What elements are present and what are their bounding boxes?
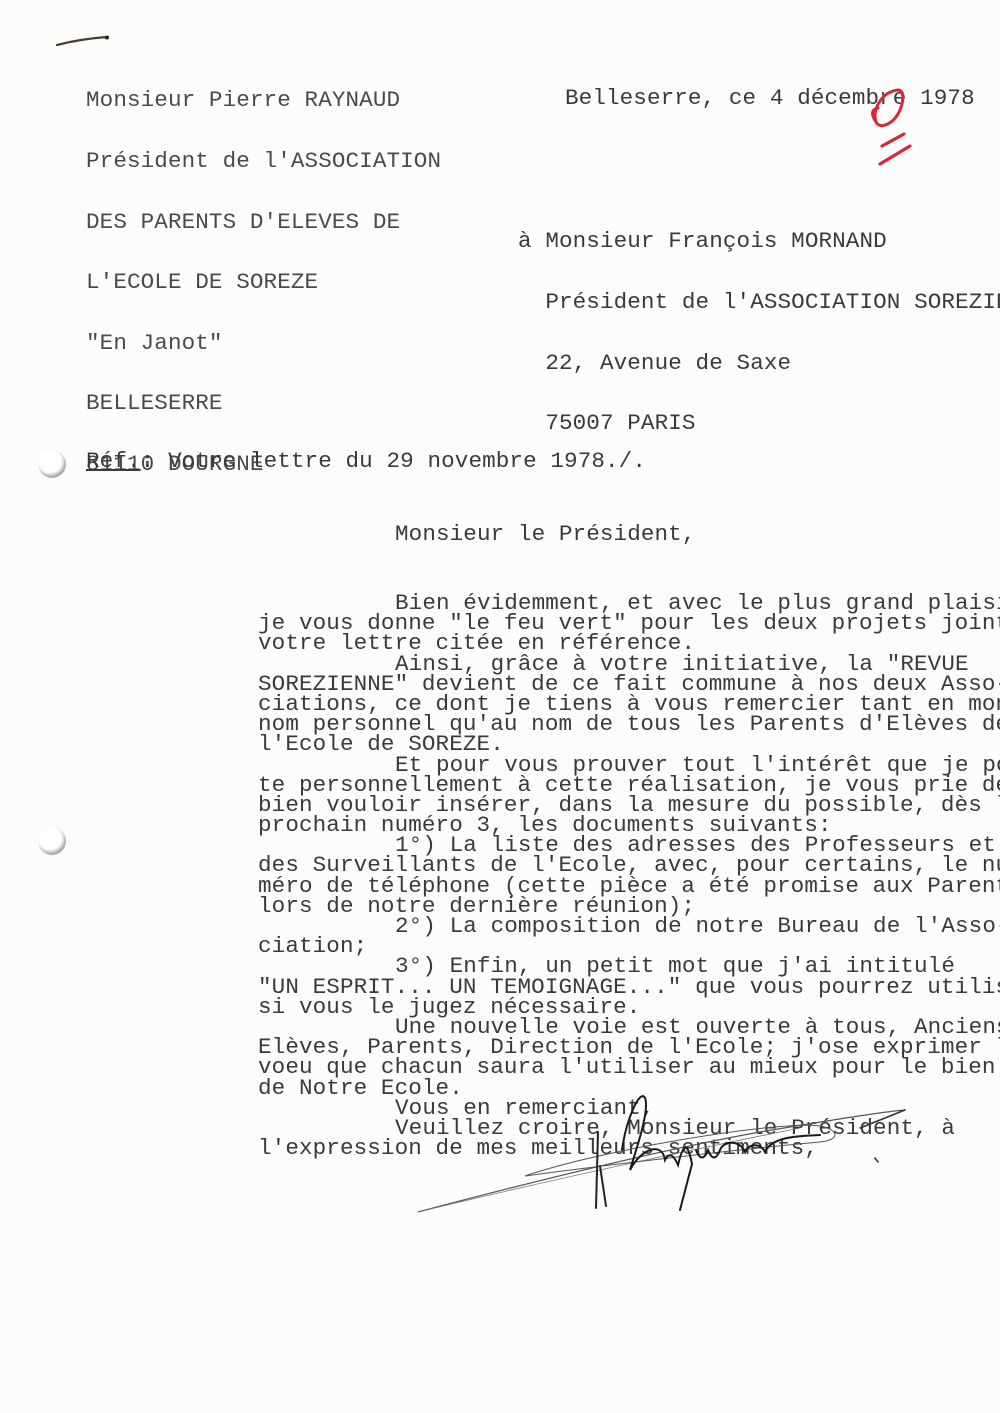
sender-line: Monsieur Pierre RAYNAUD xyxy=(86,90,441,110)
salutation: Monsieur le Président, xyxy=(258,524,1000,544)
sender-line: Président de l'ASSOCIATION xyxy=(86,151,441,171)
punch-hole xyxy=(38,827,66,855)
handwritten-red-annotation xyxy=(860,80,930,170)
signature xyxy=(400,1080,920,1230)
reference-text: : Votre lettre du 29 novembre 1978./. xyxy=(141,448,646,474)
recipient-line: Président de l'ASSOCIATION SOREZIENNE xyxy=(518,292,1000,312)
sender-line: "En Janot" xyxy=(86,333,441,353)
body-line: 2°) La composition de notre Bureau de l'… xyxy=(258,916,1000,936)
sender-line: L'ECOLE DE SOREZE xyxy=(86,272,441,292)
body-paragraphs: Bien évidemment, et avec le plus grand p… xyxy=(258,593,1000,1158)
recipient-line: à Monsieur François MORNAND xyxy=(518,231,1000,251)
sender-line: DES PARENTS D'ELEVES DE xyxy=(86,212,441,232)
reference-label: Réf. xyxy=(86,448,141,474)
pen-stroke-mark xyxy=(55,35,115,47)
recipient-line: 22, Avenue de Saxe xyxy=(518,353,1000,373)
letter-page: Monsieur Pierre RAYNAUD Président de l'A… xyxy=(0,0,1000,1413)
punch-hole xyxy=(38,450,66,478)
